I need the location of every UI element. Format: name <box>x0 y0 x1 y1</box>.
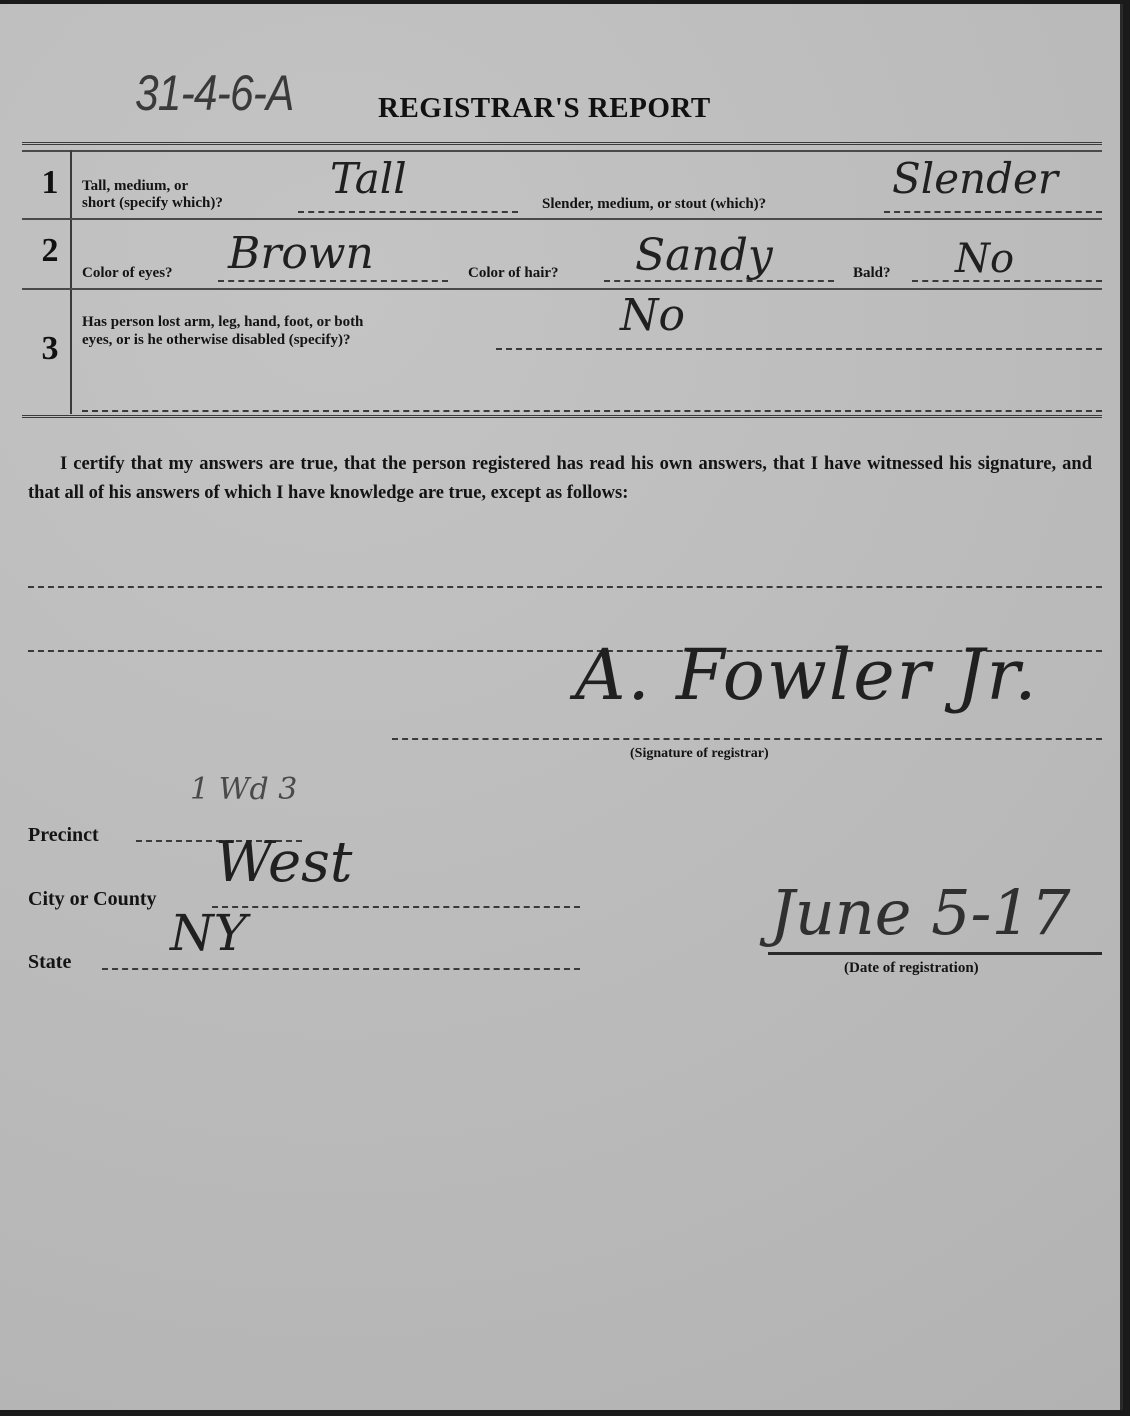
disability-answer[interactable]: No <box>620 290 685 341</box>
disability-answer-line <box>496 348 1102 350</box>
city-county-line <box>212 906 580 908</box>
header-divider <box>22 142 1102 148</box>
build-question-label: Slender, medium, or stout (which)? <box>542 196 766 213</box>
city-county-value[interactable]: West <box>215 830 352 895</box>
precinct-label: Precinct <box>28 824 99 847</box>
registrar-report-card: 31-4-6-A REGISTRAR'S REPORT 1 Tall, medi… <box>0 4 1123 1410</box>
serial-number: 31-4-6-A <box>135 64 294 122</box>
row-divider-1 <box>22 218 1102 220</box>
hair-color-label: Color of hair? <box>468 265 559 282</box>
exceptions-line-1 <box>28 586 1102 588</box>
state-value[interactable]: NY <box>170 904 247 962</box>
build-answer[interactable]: Slender <box>892 154 1058 203</box>
question-number-2: 2 <box>30 232 70 270</box>
hair-color-answer[interactable]: Sandy <box>635 230 773 281</box>
build-answer-line <box>884 211 1102 213</box>
header-divider-2 <box>22 150 1102 152</box>
height-question-label-line1: Tall, medium, or <box>82 178 188 195</box>
height-question-label-line2: short (specify which)? <box>82 195 223 212</box>
number-column-divider <box>70 150 72 414</box>
eye-color-label: Color of eyes? <box>82 265 173 282</box>
row-divider-2 <box>22 288 1102 290</box>
date-line <box>768 952 1102 955</box>
questions-bottom-divider <box>22 415 1102 421</box>
eye-color-answer[interactable]: Brown <box>228 228 374 279</box>
height-answer[interactable]: Tall <box>330 154 407 203</box>
precinct-value[interactable]: 1 Wd 3 <box>190 772 297 807</box>
signature-line <box>392 738 1102 740</box>
date-caption: (Date of registration) <box>844 960 979 977</box>
question-number-1: 1 <box>30 164 70 202</box>
certification-statement: I certify that my answers are true, that… <box>28 450 1092 508</box>
state-label: State <box>28 951 71 974</box>
height-answer-line <box>298 211 518 213</box>
eye-color-answer-line <box>218 280 448 282</box>
city-county-label: City or County <box>28 888 157 911</box>
disability-answer-line-2 <box>82 410 1102 412</box>
disability-question-label-line1: Has person lost arm, leg, hand, foot, or… <box>82 314 363 331</box>
signature-caption: (Signature of registrar) <box>630 746 769 762</box>
registration-date-value[interactable]: June 5-17 <box>770 876 1070 949</box>
state-line <box>102 968 580 970</box>
certification-text: I certify that my answers are true, that… <box>28 454 1092 503</box>
page-title: REGISTRAR'S REPORT <box>378 92 711 125</box>
bald-answer[interactable]: No <box>955 236 1014 282</box>
registrar-signature[interactable]: A. Fowler Jr. <box>575 634 1038 716</box>
question-number-3: 3 <box>30 330 70 368</box>
bald-label: Bald? <box>853 265 891 282</box>
disability-question-label-line2: eyes, or is he otherwise disabled (speci… <box>82 332 350 349</box>
